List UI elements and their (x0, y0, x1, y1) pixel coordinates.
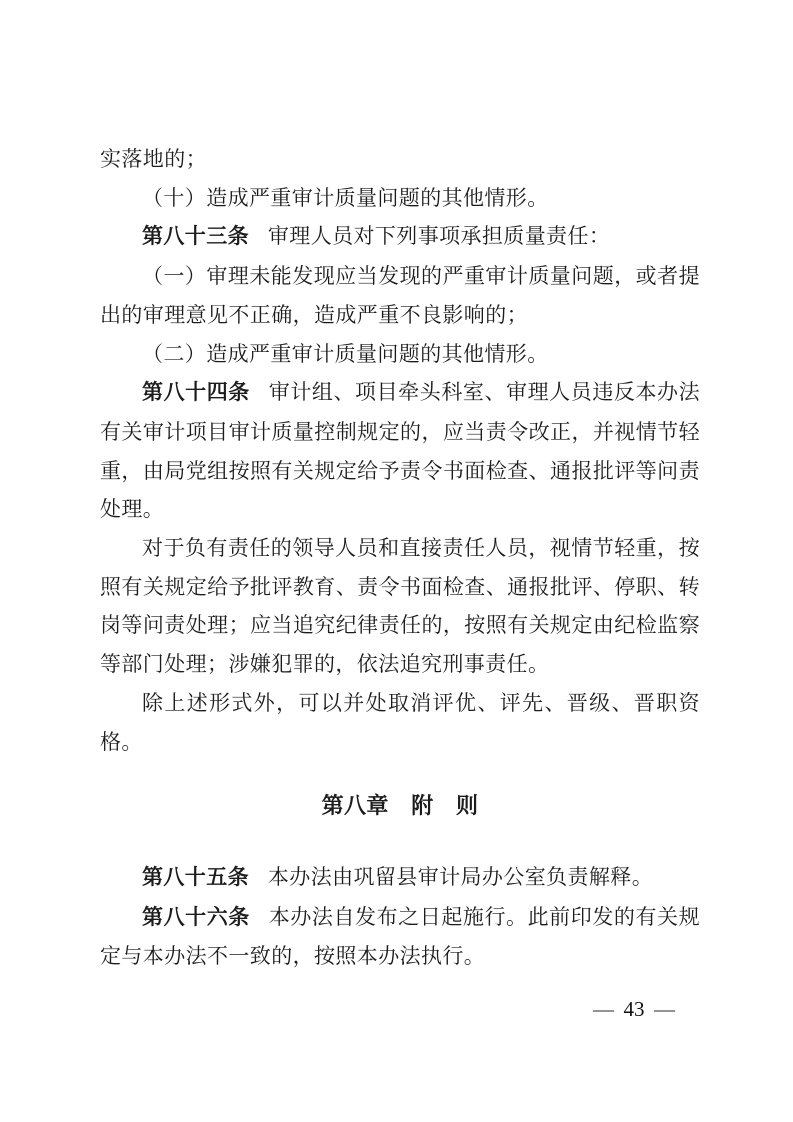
paragraph: （十）造成严重审计质量问题的其他情形。 (100, 179, 700, 218)
article-text: 审理人员对下列事项承担质量责任： (268, 224, 610, 248)
article-number: 第八十六条 (142, 906, 250, 929)
document-page: 实落地的；（十）造成严重审计质量问题的其他情形。第八十三条审理人员对下列事项承担… (0, 0, 793, 1122)
paragraph: （一）审理未能发现应当发现的严重审计质量问题，或者提出的审理意见不正确，造成严重… (100, 257, 700, 334)
paragraph: 实落地的； (100, 140, 700, 179)
footer-dash-left: — (593, 996, 614, 1022)
paragraph: （二）造成严重审计质量问题的其他情形。 (100, 335, 700, 374)
paragraph: 第八十五条本办法由巩留县审计局办公室负责解释。 (100, 858, 700, 898)
article-number: 第八十三条 (142, 225, 249, 248)
paragraph: 除上述形式外，可以并处取消评优、评先、晋级、晋职资格。 (100, 684, 700, 761)
article-number: 第八十四条 (142, 381, 250, 404)
page-number: 43 (624, 996, 645, 1022)
paragraph: 第八十四条审计组、项目牵头科室、审理人员违反本办法有关审计项目审计质量控制规定的… (100, 373, 700, 529)
page-footer: — 43 — (593, 996, 675, 1022)
article-text: 本办法由巩留县审计局办公室负责解释。 (268, 865, 653, 889)
document-body: 实落地的；（十）造成严重审计质量问题的其他情形。第八十三条审理人员对下列事项承担… (100, 140, 700, 976)
article-number: 第八十五条 (142, 866, 249, 889)
paragraph: 第八十三条审理人员对下列事项承担质量责任： (100, 217, 700, 257)
footer-dash-right: — (654, 996, 675, 1022)
paragraph: 对于负有责任的领导人员和直接责任人员，视情节轻重，按照有关规定给予批评教育、责令… (100, 529, 700, 684)
paragraph: 第八十六条本办法自发布之日起施行。此前印发的有关规定与本办法不一致的，按照本办法… (100, 898, 700, 976)
chapter-heading: 第八章 附 则 (100, 787, 700, 826)
